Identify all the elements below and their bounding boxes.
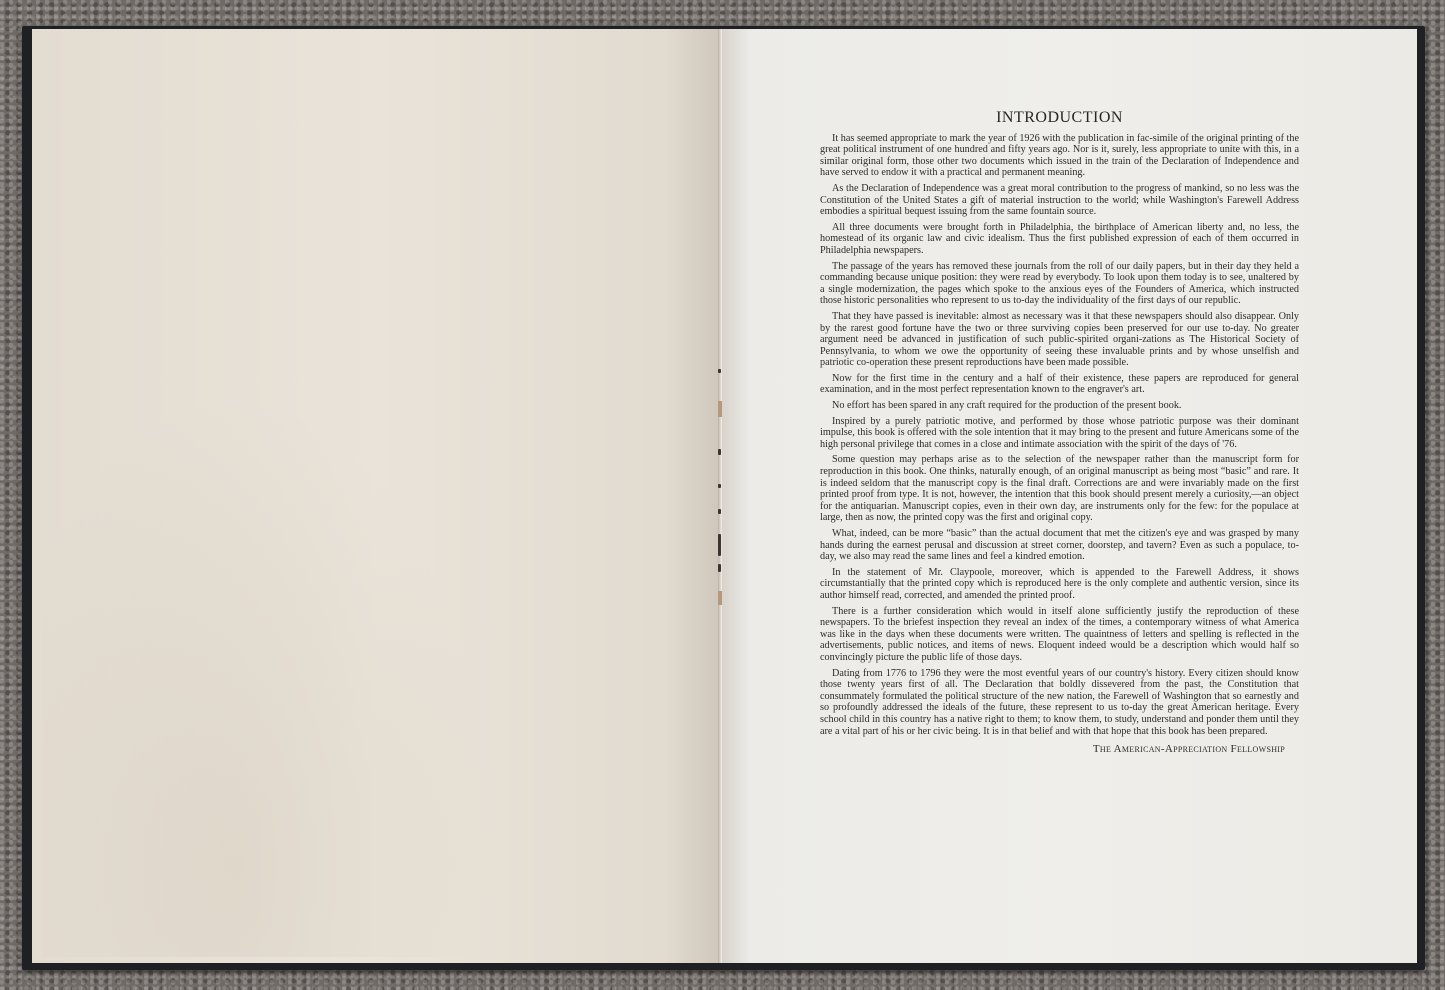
right-page: INTRODUCTION It has seemed appropriate t… [722, 29, 1417, 963]
paragraph: All three documents were brought forth i… [820, 222, 1299, 257]
paragraph: That they have passed is inevitable: alm… [820, 311, 1299, 369]
paragraph: Now for the first time in the century an… [820, 373, 1299, 396]
introduction-text: INTRODUCTION It has seemed appropriate t… [820, 112, 1299, 756]
paragraph: No effort has been spared in any craft r… [820, 400, 1299, 412]
paragraph: It has seemed appropriate to mark the ye… [820, 133, 1299, 179]
paragraph: Dating from 1776 to 1796 they were the m… [820, 668, 1299, 738]
left-page-blank [32, 29, 720, 963]
signature: The American-Appreciation Fellowship [820, 744, 1299, 756]
paragraph: Inspired by a purely patriotic motive, a… [820, 416, 1299, 451]
page-title: INTRODUCTION [820, 112, 1299, 124]
paragraph: What, indeed, can be more “basic” than t… [820, 528, 1299, 563]
paragraph: The passage of the years has removed the… [820, 261, 1299, 307]
paragraph: There is a further consideration which w… [820, 606, 1299, 664]
paragraph: Some question may perhaps arise as to th… [820, 454, 1299, 524]
paragraph: In the statement of Mr. Claypoole, moreo… [820, 567, 1299, 602]
paragraph: As the Declaration of Independence was a… [820, 183, 1299, 218]
